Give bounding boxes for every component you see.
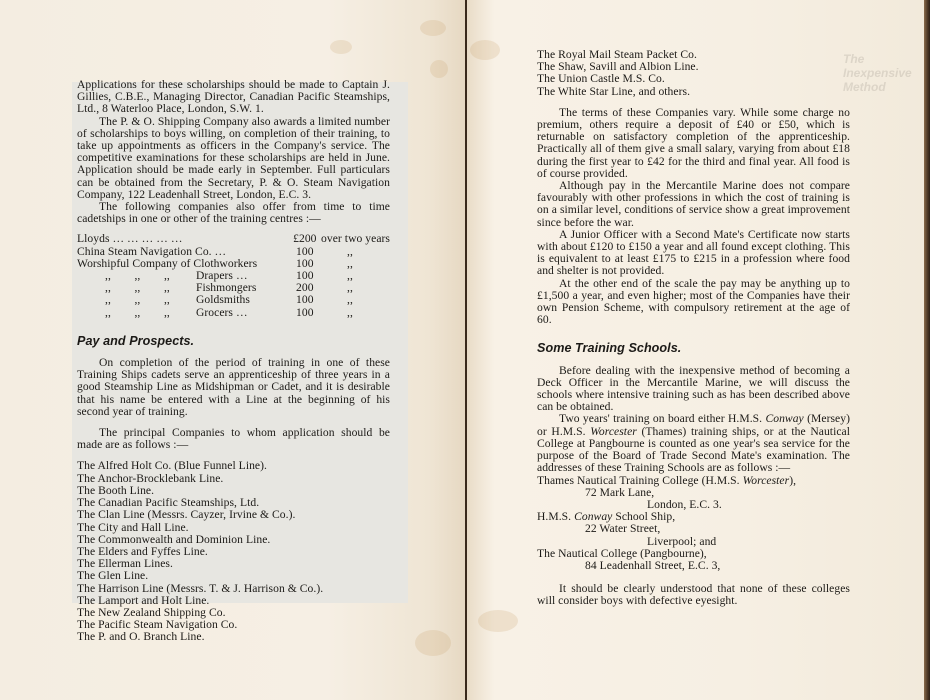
livery-company-name: Goldsmiths: [196, 293, 250, 306]
text-span: Two years' training on board either H.M.…: [559, 412, 765, 425]
livery-company-name: Fishmongers: [196, 281, 256, 294]
apprenticeship-paragraph: On completion of the period of training …: [77, 357, 390, 418]
bleed-through-text: The Inexpensive Method: [843, 52, 930, 94]
foxing-stain: [478, 610, 518, 632]
list-item: The City and Hall Line.: [77, 522, 390, 534]
list-item: The Union Castle M.S. Co.: [537, 73, 850, 85]
cadetship-period: ,,: [321, 307, 390, 319]
foxing-stain: [470, 40, 500, 60]
section-heading-pay-and-prospects: Pay and Prospects.: [77, 335, 390, 347]
table-row: China Steam Navigation Co. … 100 ,,: [77, 246, 390, 258]
cadetship-company: ,, ,, ,, Grocers …: [77, 307, 289, 319]
address-line-3: Liverpool; and: [537, 536, 850, 548]
school-address-pangbourne: The Nautical College (Pangbourne), 84 Le…: [537, 548, 850, 572]
schools-intro-paragraph: Before dealing with the inexpensive meth…: [537, 365, 850, 414]
table-row: ,, ,, ,, Grocers … 100 ,,: [77, 307, 390, 319]
address-line-1: Thames Nautical Training College (H.M.S.…: [537, 475, 850, 487]
ship-name: Worcester: [590, 425, 637, 438]
list-item: The Clan Line (Messrs. Cayzer, Irvine & …: [77, 509, 390, 521]
address-line-1: H.M.S. Conway School Ship,: [537, 511, 850, 523]
book-spread: The Inexpensive Method Applications for …: [0, 0, 930, 700]
school-address-conway: H.M.S. Conway School Ship, 22 Water Stre…: [537, 511, 850, 548]
cadetship-amount: 100: [289, 294, 321, 306]
cadetship-company: Lloyds … … … … …: [77, 233, 289, 245]
po-scholarship-paragraph: The P. & O. Shipping Company also awards…: [77, 116, 390, 201]
address-line-2: 84 Leadenhall Street, E.C. 3,: [537, 560, 850, 572]
foxing-stain: [415, 630, 451, 656]
terms-paragraph: The terms of these Companies vary. While…: [537, 107, 850, 180]
list-item: The Glen Line.: [77, 570, 390, 582]
scholarship-application-paragraph: Applications for these scholarships shou…: [77, 79, 390, 116]
address-line-2: 22 Water Street,: [537, 523, 850, 535]
ditto-marks: ,, ,, ,,: [105, 294, 193, 306]
text-span: ),: [789, 474, 796, 487]
foxing-stain: [330, 40, 352, 54]
cadetships-table: Lloyds … … … … … £200 over two years Chi…: [77, 233, 390, 318]
cadetship-company: China Steam Navigation Co. …: [77, 246, 289, 258]
cadetship-amount: £200: [289, 233, 321, 245]
pay-comparison-paragraph: Although pay in the Mercantile Marine do…: [537, 180, 850, 229]
cadetship-amount: 100: [289, 307, 321, 319]
junior-officer-paragraph: A Junior Officer with a Second Mate's Ce…: [537, 229, 850, 278]
eyesight-paragraph: It should be clearly understood that non…: [537, 583, 850, 607]
ditto-marks: ,, ,, ,,: [105, 307, 193, 319]
principal-companies-intro: The principal Companies to whom applicat…: [77, 427, 390, 451]
list-item: The White Star Line, and others.: [537, 86, 850, 98]
cadetship-period: ,,: [321, 270, 390, 282]
cadetships-intro-paragraph: The following companies also offer from …: [77, 201, 390, 225]
shipping-companies-list-continued: The Royal Mail Steam Packet Co. The Shaw…: [537, 49, 850, 98]
table-row: Lloyds … … … … … £200 over two years: [77, 233, 390, 245]
left-page-text: Applications for these scholarships shou…: [77, 79, 390, 644]
text-span: Thames Nautical Training College (H.M.S.: [537, 474, 743, 487]
cadetship-amount: 100: [289, 246, 321, 258]
shipping-companies-list: The Alfred Holt Co. (Blue Funnel Line). …: [77, 460, 390, 643]
foxing-stain: [430, 60, 448, 78]
text-span: H.M.S.: [537, 510, 574, 523]
right-page-edge: [924, 0, 930, 700]
pension-paragraph: At the other end of the scale the pay ma…: [537, 278, 850, 327]
livery-company-name: Grocers …: [196, 306, 248, 319]
cadetship-period: ,,: [321, 294, 390, 306]
foxing-stain: [420, 20, 446, 36]
section-heading-training-schools: Some Training Schools.: [537, 342, 850, 354]
cadetship-period: ,,: [321, 246, 390, 258]
list-item: The P. and O. Branch Line.: [77, 631, 390, 643]
training-ships-paragraph: Two years' training on board either H.M.…: [537, 413, 850, 474]
school-address-worcester: Thames Nautical Training College (H.M.S.…: [537, 475, 850, 512]
cadetship-company: ,, ,, ,, Goldsmiths: [77, 294, 289, 306]
cadetship-period: ,,: [321, 282, 390, 294]
livery-company-name: Drapers …: [196, 269, 248, 282]
cadetship-period: ,,: [321, 258, 390, 270]
text-span: School Ship,: [612, 510, 675, 523]
ship-name: Worcester: [743, 474, 790, 487]
book-gutter: [465, 0, 467, 700]
ship-name: Conway: [574, 510, 612, 523]
ship-name: Conway: [765, 412, 803, 425]
list-item: The Harrison Line (Messrs. T. & J. Harri…: [77, 583, 390, 595]
list-item: The Alfred Holt Co. (Blue Funnel Line).: [77, 460, 390, 472]
cadetship-period: over two years: [321, 233, 390, 245]
right-page-text: The Royal Mail Steam Packet Co. The Shaw…: [537, 49, 850, 608]
